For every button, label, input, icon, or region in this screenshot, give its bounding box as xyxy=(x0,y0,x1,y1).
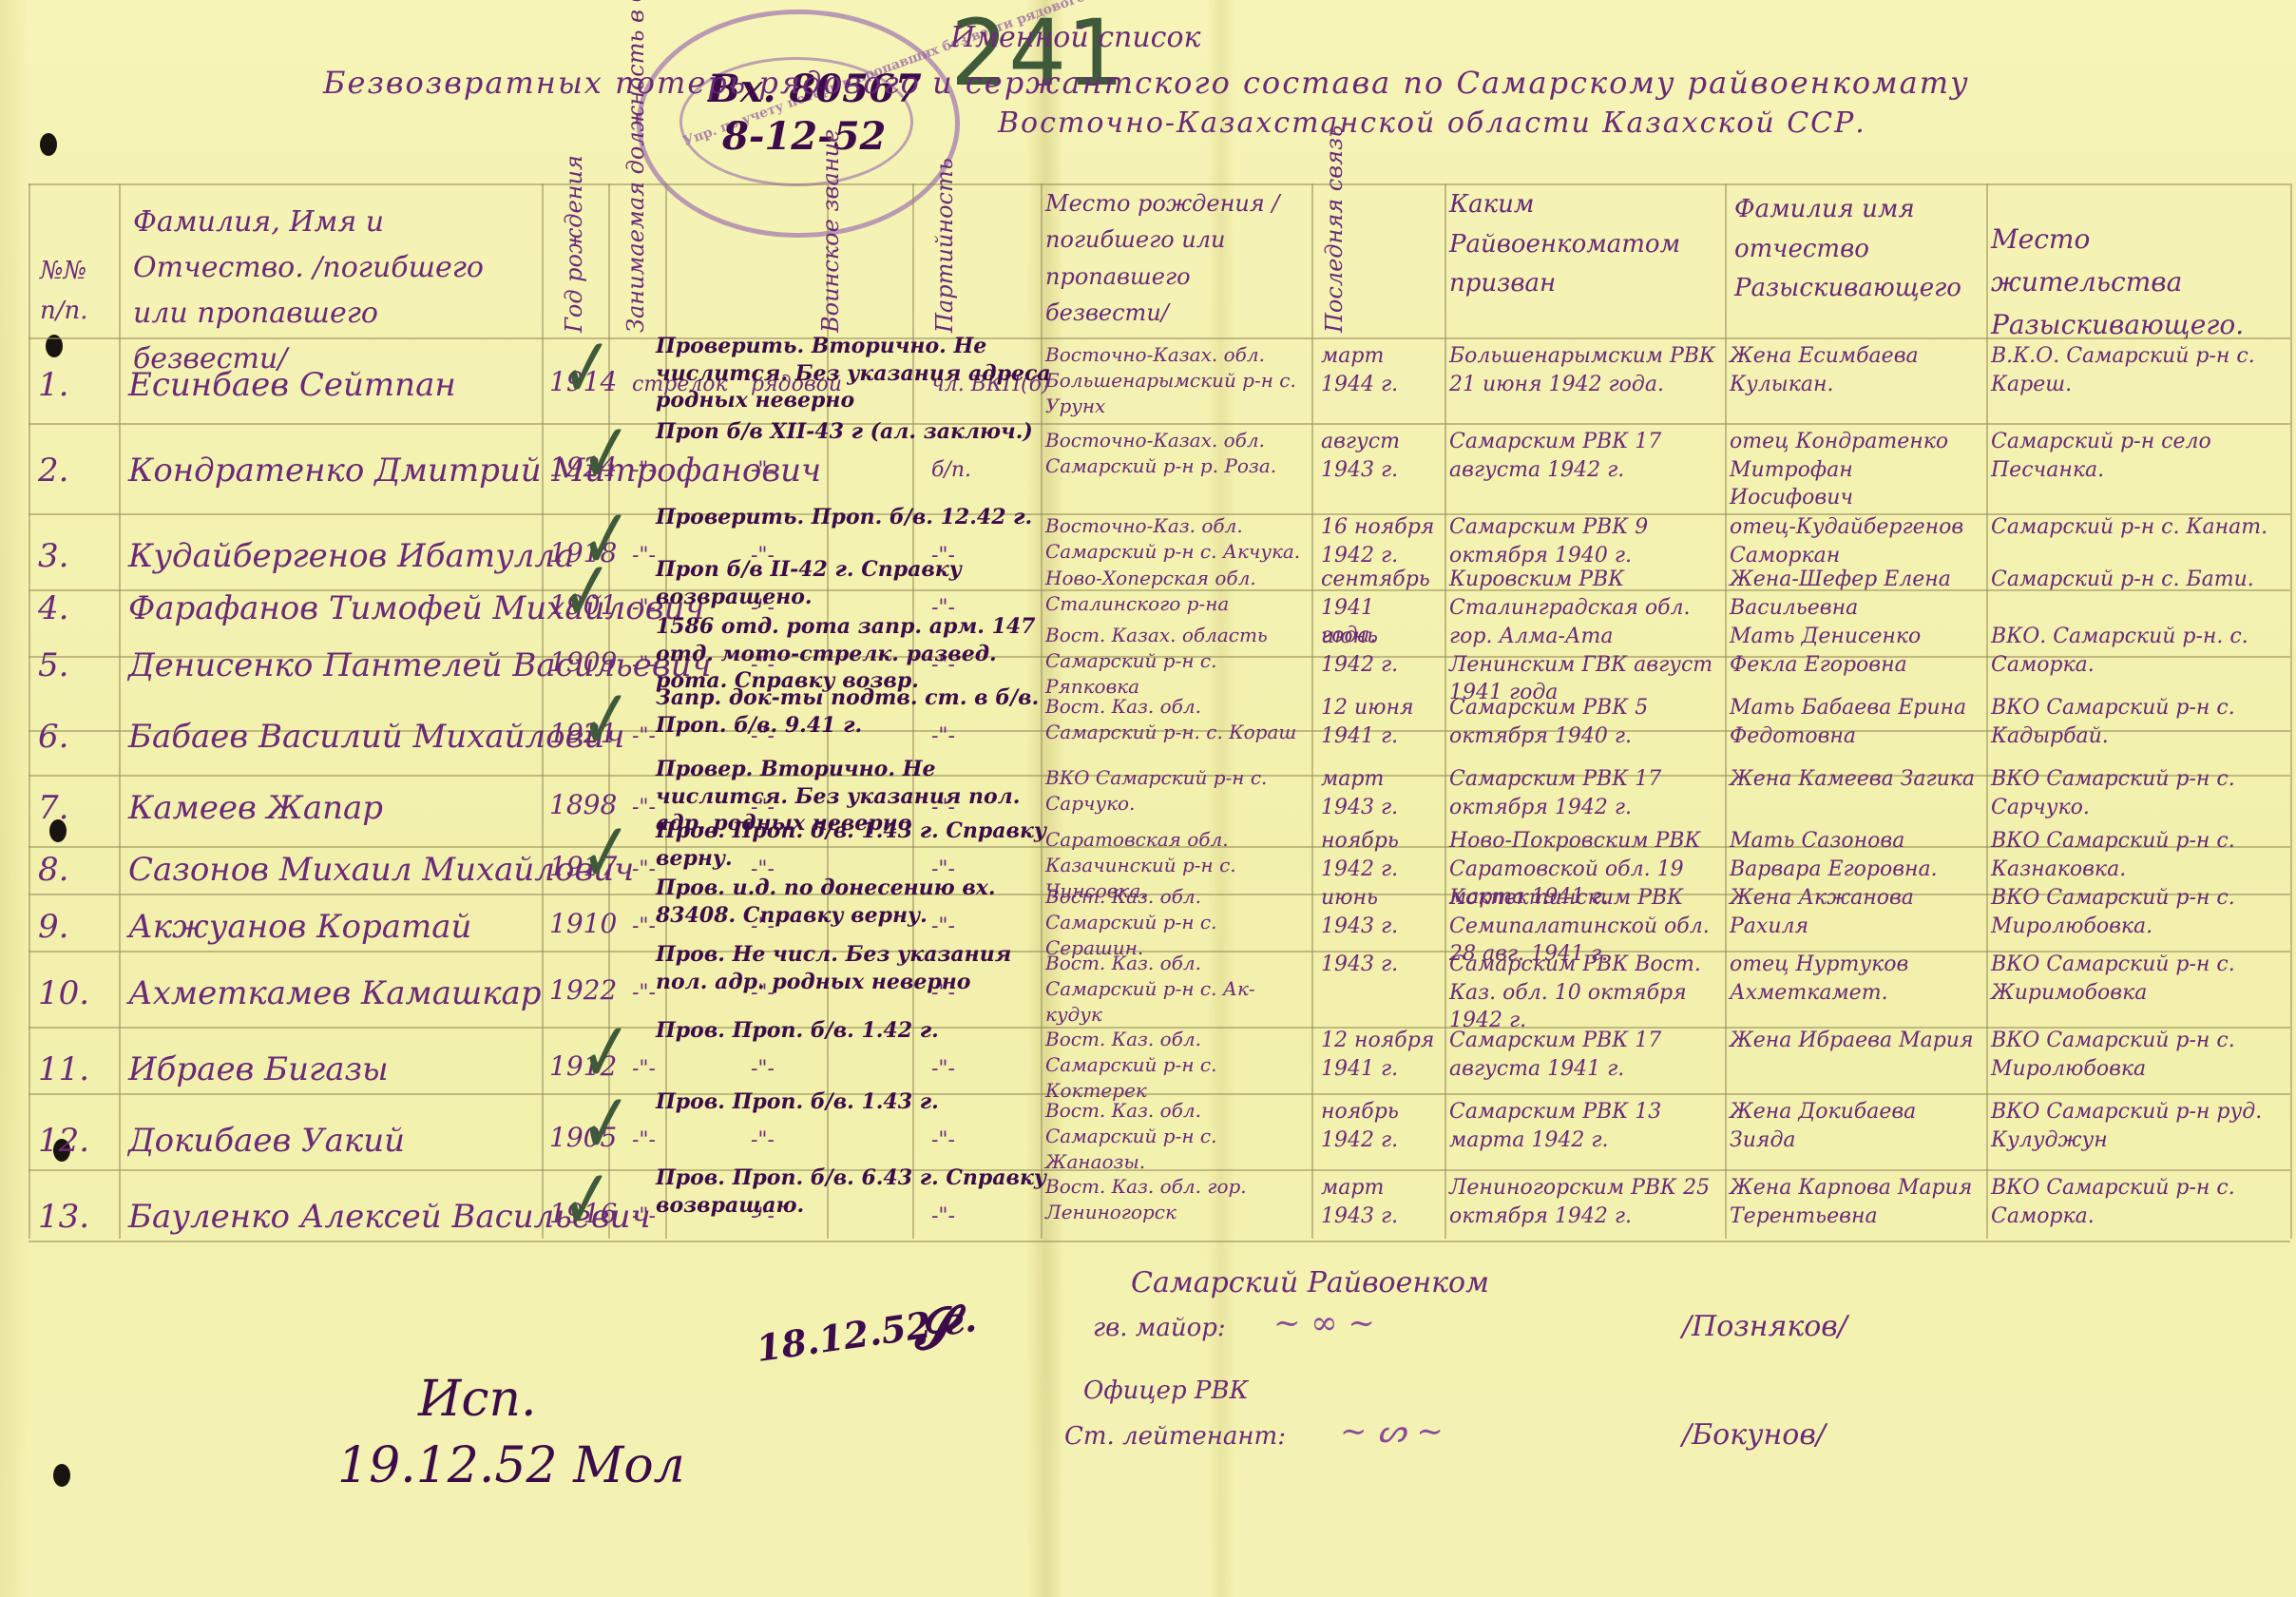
cell-drafted-by: Самарским РВК 17 октября 1942 г. xyxy=(1449,765,1720,821)
footer-signer2-rank: Ст. лейтенант: xyxy=(1064,1422,1286,1451)
cell-position: -"- xyxy=(632,979,656,1008)
cell-name: Камеев Жапар xyxy=(128,787,383,831)
cell-party: -"- xyxy=(931,1126,955,1155)
verification-annotation: Пров. и.д. по донесению вх. 83408. Справ… xyxy=(656,875,1055,929)
cell-num: 7. xyxy=(38,787,68,831)
cell-party: -"- xyxy=(931,1055,955,1084)
verification-annotation: Проверить. Проп. б/в. 12.42 г. xyxy=(656,504,1055,531)
verification-annotation: Запр. док-ты подтв. ст. в б/в. Проп. б/в… xyxy=(656,684,1055,739)
column-header-position: Занимаемая должность в Сов. Армии xyxy=(622,0,649,333)
cell-num: 12. xyxy=(38,1120,89,1164)
cell-searcher-name: Мать Сазонова Варвара Егоровна. xyxy=(1730,827,1981,883)
check-mark-icon: ✓ xyxy=(581,670,631,770)
cell-searcher-residence: ВКО Самарский р-н с. Сарчуко. xyxy=(1991,765,2286,821)
cell-searcher-name: Жена-Шефер Елена Васильевна xyxy=(1730,566,1981,622)
cell-searcher-residence: Самарский р-н с. Бати. xyxy=(1991,566,2286,594)
footer-signer1-rank: гв. майор: xyxy=(1093,1314,1226,1342)
cell-searcher-residence: Самарский р-н село Песчанка. xyxy=(1991,428,2286,484)
verification-annotation: Пров. Проп. б/в. 1.42 г. xyxy=(656,1017,1055,1045)
cell-searcher-name: отец Нуртуков Ахметкамет. xyxy=(1730,951,1981,1007)
cell-drafted-by: Кировским РВК Сталинградская обл. xyxy=(1449,566,1720,622)
table-column-divider xyxy=(1311,183,1313,1239)
cell-position: -"- xyxy=(632,794,656,822)
column-header-birthplace: Место рождения /погибшего или пропавшего… xyxy=(1045,185,1302,332)
cell-birthplace: Вост. Казах. область Самарский р-н с. Ря… xyxy=(1045,623,1302,700)
cell-position: -"- xyxy=(632,722,656,751)
column-header-searcher-name: Фамилия имя отчество Разыскивающего xyxy=(1734,190,1981,309)
cell-birthplace: Вост. Каз. обл. Самарский р-н с. Коктере… xyxy=(1045,1027,1302,1104)
cell-birth-year: 1910 xyxy=(549,906,617,942)
cell-searcher-name: Жена Ибраева Мария xyxy=(1730,1027,1981,1055)
table-column-divider xyxy=(542,183,544,1239)
column-header-birth-year: Год рождения xyxy=(561,155,587,333)
cell-last-letter: 1943 г. xyxy=(1321,951,1435,979)
check-mark-icon: ✓ xyxy=(562,542,612,642)
document-subtitle: Восточно-Казахстанской области Казахской… xyxy=(998,106,1866,140)
column-header-name: Фамилия, Имя и Отчество. /погибшего или … xyxy=(133,200,532,382)
footer-officer-title: Офицер РВК xyxy=(1083,1376,1249,1405)
table-column-divider xyxy=(2290,183,2292,1239)
cell-num: 2. xyxy=(38,450,68,493)
document-title: Безвозвратных потерь рядового и сержантс… xyxy=(323,65,1970,101)
cell-name: Кудайбергенов Ибатулла xyxy=(128,535,574,579)
cell-searcher-name: Жена Есимбаева Кулыкан. xyxy=(1730,342,1981,398)
cell-searcher-name: Жена Докибаева Зияда xyxy=(1730,1098,1981,1154)
cell-last-letter: 12 ноября 1941 г. xyxy=(1321,1027,1435,1083)
signature-1: ~ ∞ ~ xyxy=(1273,1304,1375,1342)
column-header-party: Партийность xyxy=(931,158,958,333)
cell-drafted-by: Самарским РВК 17 августа 1942 г. xyxy=(1449,428,1720,484)
cell-rank: -"- xyxy=(751,456,775,485)
cell-searcher-name: отец-Кудайбергенов Саморкан xyxy=(1730,513,1981,569)
cell-last-letter: март 1943 г. xyxy=(1321,1174,1435,1230)
binder-hole xyxy=(40,133,57,156)
cell-position: -"- xyxy=(632,542,656,570)
cell-last-letter: 16 ноября 1942 г. xyxy=(1321,513,1435,569)
cell-position: -"- xyxy=(632,1055,656,1084)
cell-position: -"- xyxy=(632,456,656,485)
verification-annotation: Проверить. Вторично. Не числится. Без ук… xyxy=(656,333,1055,414)
column-header-searcher-residence: Место жительства Разыскивающего. xyxy=(1991,219,2286,346)
cell-searcher-name: Жена Камеева Загика xyxy=(1730,765,1981,794)
cell-searcher-residence: ВКО Самарский р-н с. Казнаковка. xyxy=(1991,827,2286,883)
cell-num: 11. xyxy=(38,1049,89,1092)
verification-annotation: Пров. Проп. б/в. 1.43 г. Справку верну. xyxy=(656,818,1055,872)
cell-searcher-residence: ВКО. Самарский р-н. с. Саморка. xyxy=(1991,623,2286,679)
cell-searcher-residence: ВКО Самарский р-н с. Миролюбовка. xyxy=(1991,884,2286,940)
cell-position: -"- xyxy=(632,1203,656,1231)
cell-num: 9. xyxy=(38,906,68,950)
cell-birthplace: Восточно-Каз. обл. Самарский р-н с. Акчу… xyxy=(1045,513,1302,565)
column-header-rank: Воинское звание xyxy=(817,129,844,333)
cell-searcher-name: Мать Денисенко Фекла Егоровна xyxy=(1730,623,1981,679)
column-header-num: №№ п/п. xyxy=(40,252,97,331)
cell-num: 13. xyxy=(38,1196,89,1240)
column-header-last-letter: Последняя связь xyxy=(1321,125,1348,333)
signature-2: ∼ ᔕ ∼ xyxy=(1340,1413,1444,1451)
cell-num: 1. xyxy=(38,364,68,408)
column-header-drafted-by: Каким Райвоенкоматом призван xyxy=(1449,185,1715,304)
list-heading: Именной список xyxy=(950,21,1200,54)
verification-annotation: Пров. Не числ. Без указания пол. адр. ро… xyxy=(656,941,1055,995)
table-column-divider xyxy=(119,183,121,1239)
cell-position: -"- xyxy=(632,594,656,623)
receipt-signature: 𝓢 xyxy=(909,1295,958,1363)
cell-last-letter: август 1943 г. xyxy=(1321,428,1435,484)
cell-position: -"- xyxy=(632,856,656,884)
verification-annotation: 1586 отд. рота запр. арм. 147 отд. мото-… xyxy=(656,613,1055,695)
cell-name: Фарафанов Тимофей Михайлович xyxy=(128,587,705,631)
cell-rank: -"- xyxy=(751,1055,775,1084)
cell-searcher-residence: ВКО Самарский р-н руд. Кулуджун xyxy=(1991,1098,2286,1154)
cell-searcher-residence: В.К.О. Самарский р-н с. Кареш. xyxy=(1991,342,2286,398)
cell-position: -"- xyxy=(632,913,656,941)
table-column-divider xyxy=(1986,183,1988,1239)
cell-last-letter: июнь 1942 г. xyxy=(1321,623,1435,679)
cell-searcher-residence: ВКО Самарский р-н с. Миролюбовка xyxy=(1991,1027,2286,1083)
table-column-divider xyxy=(29,183,30,1239)
cell-num: 10. xyxy=(38,972,89,1016)
cell-drafted-by: Самарским РВК Вост. Каз. обл. 10 октября… xyxy=(1449,951,1720,1035)
cell-drafted-by: Большенарымским РВК 21 июня 1942 года. xyxy=(1449,342,1720,398)
exec-note-line2: 19.12.52 Мол xyxy=(337,1437,685,1494)
cell-birthplace: Вост. Каз. обл. Самарский р-н с. Серашин… xyxy=(1045,884,1302,961)
stamp-date: 8-12-52 xyxy=(722,114,886,159)
cell-birthplace: Вост. Каз. обл. гор. Лениногорск xyxy=(1045,1174,1302,1225)
cell-birthplace: Ново-Хоперская обл. Сталинского р-на xyxy=(1045,566,1302,617)
cell-num: 5. xyxy=(38,645,68,688)
verification-annotation: Пров. Проп. б/в. 1.43 г. xyxy=(656,1088,1055,1116)
check-mark-icon: ✓ xyxy=(581,803,631,903)
cell-last-letter: 12 июня 1941 г. xyxy=(1321,694,1435,750)
cell-drafted-by: Самарским РВК 5 октября 1940 г. xyxy=(1449,694,1720,750)
cell-birthplace: Вост. Каз. обл. Самарский р-н с. Ак-куду… xyxy=(1045,951,1302,1028)
cell-searcher-name: Жена Акжанова Рахиля xyxy=(1730,884,1981,940)
cell-position: -"- xyxy=(632,651,656,680)
cell-drafted-by: Самарским РВК 17 августа 1941 г. xyxy=(1449,1027,1720,1083)
cell-birthplace: Восточно-Казах. обл. Большенарымский р-н… xyxy=(1045,342,1302,419)
cell-searcher-residence: ВКО Самарский р-н с. Саморка. xyxy=(1991,1174,2286,1230)
verification-annotation: Проп б/в II-42 г. Справку возвращено. xyxy=(656,556,1055,610)
cell-birthplace: Вост. Каз. обл. Самарский р-н. с. Кораш xyxy=(1045,694,1302,745)
cell-name: Ибраев Бигазы xyxy=(128,1049,389,1092)
cell-birthplace: Восточно-Казах. обл. Самарский р-н р. Ро… xyxy=(1045,428,1302,479)
cell-last-letter: март 1944 г. xyxy=(1321,342,1435,398)
table-column-divider xyxy=(1445,183,1446,1239)
cell-drafted-by: Самарским РВК 9 октября 1940 г. xyxy=(1449,513,1720,569)
cell-birthplace: ВКО Самарский р-н с. Сарчуко. xyxy=(1045,765,1302,817)
cell-position: -"- xyxy=(632,1126,656,1155)
cell-searcher-name: Жена Карпова Мария Терентьевна xyxy=(1730,1174,1981,1230)
cell-rank: -"- xyxy=(751,1126,775,1155)
cell-name: Акжуанов Коратай xyxy=(128,906,471,950)
verification-annotation: Проп б/в XII-43 г (ал. заключ.) xyxy=(656,418,1055,446)
cell-searcher-residence: ВКО Самарский р-н с. Жиримобовка xyxy=(1991,951,2286,1007)
cell-drafted-by: Самарским РВК 13 марта 1942 г. xyxy=(1449,1098,1720,1154)
cell-name: Кондратенко Дмитрий Митрофанович xyxy=(128,450,821,493)
cell-last-letter: март 1943 г. xyxy=(1321,765,1435,821)
cell-searcher-residence: Самарский р-н с. Канат. xyxy=(1991,513,2286,542)
cell-num: 8. xyxy=(38,849,68,893)
footer-signer2-name: /Бокунов/ xyxy=(1682,1418,1826,1452)
cell-name: Докибаев Уакий xyxy=(128,1120,405,1164)
cell-searcher-name: отец Кондратенко Митрофан Иосифович xyxy=(1730,428,1981,512)
exec-note-line1: Исп. xyxy=(418,1371,537,1428)
cell-num: 6. xyxy=(38,716,68,760)
table-row-divider xyxy=(29,423,2290,425)
cell-party: б/п. xyxy=(931,456,971,485)
table-row-divider xyxy=(29,1241,2290,1242)
cell-last-letter: ноябрь 1942 г. xyxy=(1321,1098,1435,1154)
footer-signer1-name: /Позняков/ xyxy=(1682,1310,1847,1343)
footer-org: Самарский Райвоенком xyxy=(1131,1266,1489,1299)
cell-searcher-residence: ВКО Самарский р-н с. Кадырбай. xyxy=(1991,694,2286,750)
cell-last-letter: ноябрь 1942 г. xyxy=(1321,827,1435,883)
cell-birthplace: Вост. Каз. обл. Самарский р-н с. Жанаозы… xyxy=(1045,1098,1302,1175)
cell-name: Есинбаев Сейтпан xyxy=(128,364,456,408)
cell-num: 3. xyxy=(38,535,68,579)
binder-hole xyxy=(53,1464,70,1487)
check-mark-icon: ✓ xyxy=(562,1150,612,1250)
cell-last-letter: июнь 1943 г. xyxy=(1321,884,1435,940)
cell-drafted-by: Лениногорским РВК 25 октября 1942 г. xyxy=(1449,1174,1720,1230)
table-column-divider xyxy=(1725,183,1727,1239)
cell-num: 4. xyxy=(38,587,68,631)
cell-searcher-name: Мать Бабаева Ерина Федотовна xyxy=(1730,694,1981,750)
verification-annotation: Пров. Проп. б/в. 6.43 г. Справку возвращ… xyxy=(656,1164,1055,1219)
cell-name: Ахметкамев Камашкар xyxy=(128,972,542,1016)
